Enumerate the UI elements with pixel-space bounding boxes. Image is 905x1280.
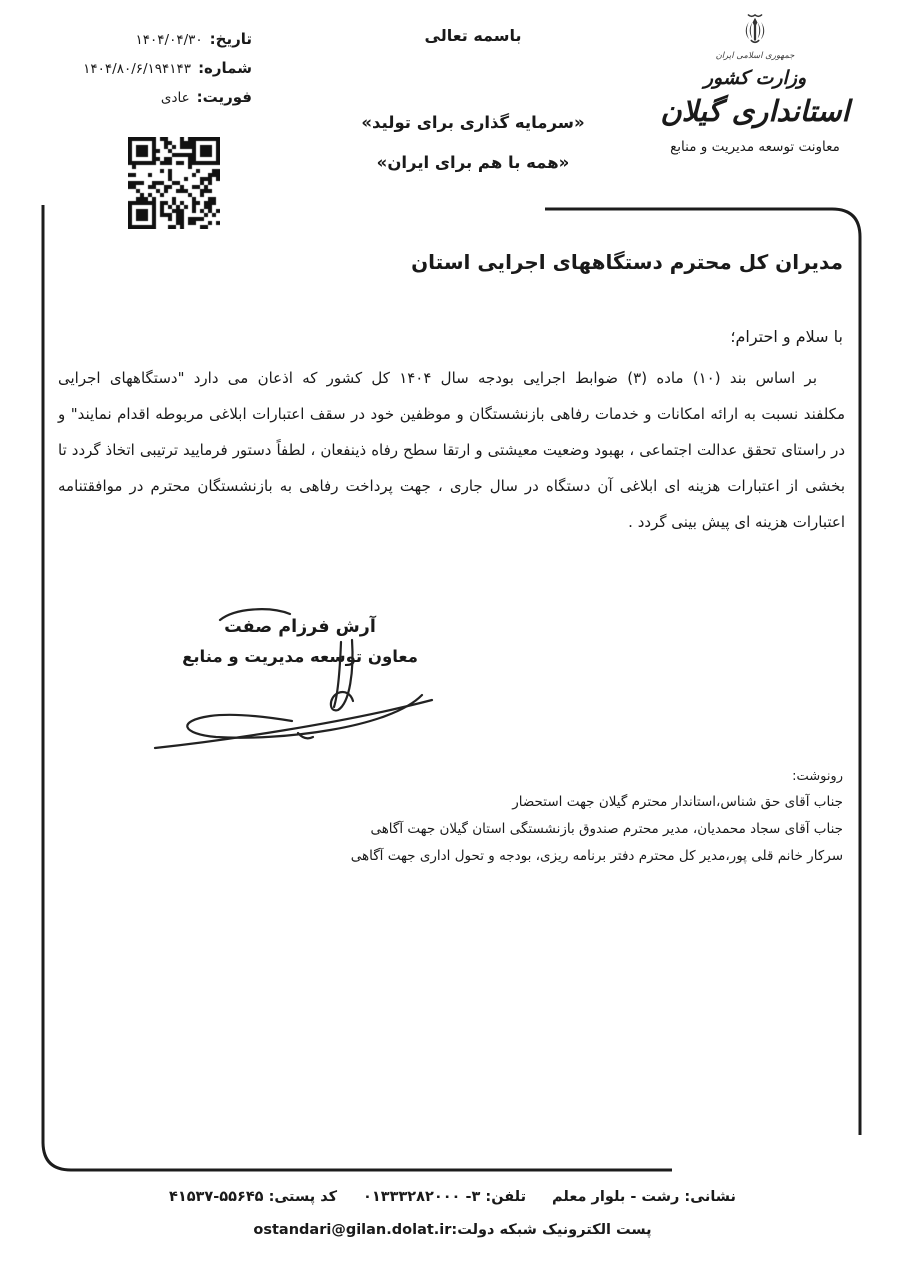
signatory-name: آرش فرزام صفت: [145, 612, 455, 642]
footer-email-label: پست الکترونیک شبکه دولت:: [451, 1222, 651, 1238]
body-line: بخشی از اعتبارات هزینه ای ابلاغی آن دستگ…: [58, 468, 845, 504]
scanned-letter-page: { "meta": { "date_label": "تاریخ:", "dat…: [0, 0, 905, 1280]
letter-meta: تاریخ: ۱۴۰۴/۰۴/۳۰ شماره: ۱۴۰۴/۸۰/۶/۱۹۴۱۴…: [40, 30, 252, 106]
qr-code: [128, 137, 220, 229]
slogan-iran: «همه با هم برای ایران»: [318, 143, 628, 183]
footer-postal: کد پستی: ۴۱۵۳۷-۵۵۶۴۵: [169, 1185, 337, 1209]
date-label: تاریخ:: [210, 30, 252, 48]
date-value: ۱۴۰۴/۰۴/۳۰: [136, 32, 203, 48]
body-line: در راستای تحقق عدالت اجتماعی ، بهبود وضع…: [58, 432, 845, 468]
qr-code-image: [128, 137, 220, 229]
meta-date: تاریخ: ۱۴۰۴/۰۴/۳۰: [40, 30, 252, 48]
salutation: با سلام و احترام؛: [730, 327, 843, 346]
signatory-title: معاون توسعه مدیریت و منابع: [145, 642, 455, 672]
slogan-production: «سرمایه گذاری برای تولید»: [318, 103, 628, 143]
ministry-calligraphy: وزارت کشور: [630, 65, 880, 91]
cc-label: رونوشت:: [60, 764, 843, 789]
cc-item: جناب آقای سجاد محمدیان، مدیر محترم صندوق…: [60, 816, 843, 843]
body-line: بر اساس بند (۱۰) ماده (۳) ضوابط اجرایی ب…: [58, 360, 845, 396]
footer-email-line: پست الکترونیک شبکه دولت:ostandari@gilan.…: [0, 1218, 905, 1242]
meta-priority: فوریت: عادی: [40, 88, 252, 106]
footer-postal-value: ۴۱۵۳۷-۵۵۶۴۵: [169, 1189, 264, 1205]
footer-address: نشانی: رشت - بلوار معلم: [552, 1185, 736, 1209]
header-center: باسمه تعالی «سرمایه گذاری برای تولید» «ه…: [318, 26, 628, 183]
letter-body: بر اساس بند (۱۰) ماده (۳) ضوابط اجرایی ب…: [58, 360, 845, 540]
footer: نشانی: رشت - بلوار معلم تلفن: ۳- ۰۱۳۳۳۲۸…: [0, 1185, 905, 1242]
iran-emblem-icon: [738, 12, 772, 50]
priority-value: عادی: [161, 90, 190, 106]
deputy-line: معاونت توسعه مدیریت و منابع: [630, 139, 880, 155]
body-line: اعتبارات هزینه ای پیش بینی گردد .: [58, 504, 845, 540]
recipient-heading: مدیران کل محترم دستگاههای اجرایی استان: [60, 250, 843, 274]
footer-postal-label: کد پستی:: [269, 1189, 337, 1205]
body-line: مکلفند نسبت به ارائه امکانات و خدمات رفا…: [58, 396, 845, 432]
footer-phone: تلفن: ۳- ۰۱۳۳۳۲۸۲۰۰۰: [363, 1185, 526, 1209]
cc-item: جناب آقای حق شناس،استاندار محترم گیلان ج…: [60, 789, 843, 816]
governorate-calligraphy: استانداری گیلان: [630, 91, 880, 131]
letterhead: جمهوری اسلامی ایران وزارت کشور استانداری…: [630, 12, 880, 155]
cc-item: سرکار خانم قلی پور،مدیر کل محترم دفتر بر…: [60, 843, 843, 870]
signature-block: آرش فرزام صفت معاون توسعه مدیریت و منابع: [145, 612, 455, 672]
priority-label: فوریت:: [197, 88, 252, 106]
footer-contact-line: نشانی: رشت - بلوار معلم تلفن: ۳- ۰۱۳۳۳۲۸…: [0, 1185, 905, 1209]
number-value: ۱۴۰۴/۸۰/۶/۱۹۴۱۴۳: [83, 61, 191, 77]
number-label: شماره:: [198, 59, 252, 77]
besmele-text: باسمه تعالی: [318, 26, 628, 45]
cc-section: رونوشت: جناب آقای حق شناس،استاندار محترم…: [60, 764, 843, 870]
footer-email-value: ostandari@gilan.dolat.ir: [253, 1222, 451, 1238]
meta-number: شماره: ۱۴۰۴/۸۰/۶/۱۹۴۱۴۳: [40, 59, 252, 77]
republic-script: جمهوری اسلامی ایران: [630, 51, 880, 61]
